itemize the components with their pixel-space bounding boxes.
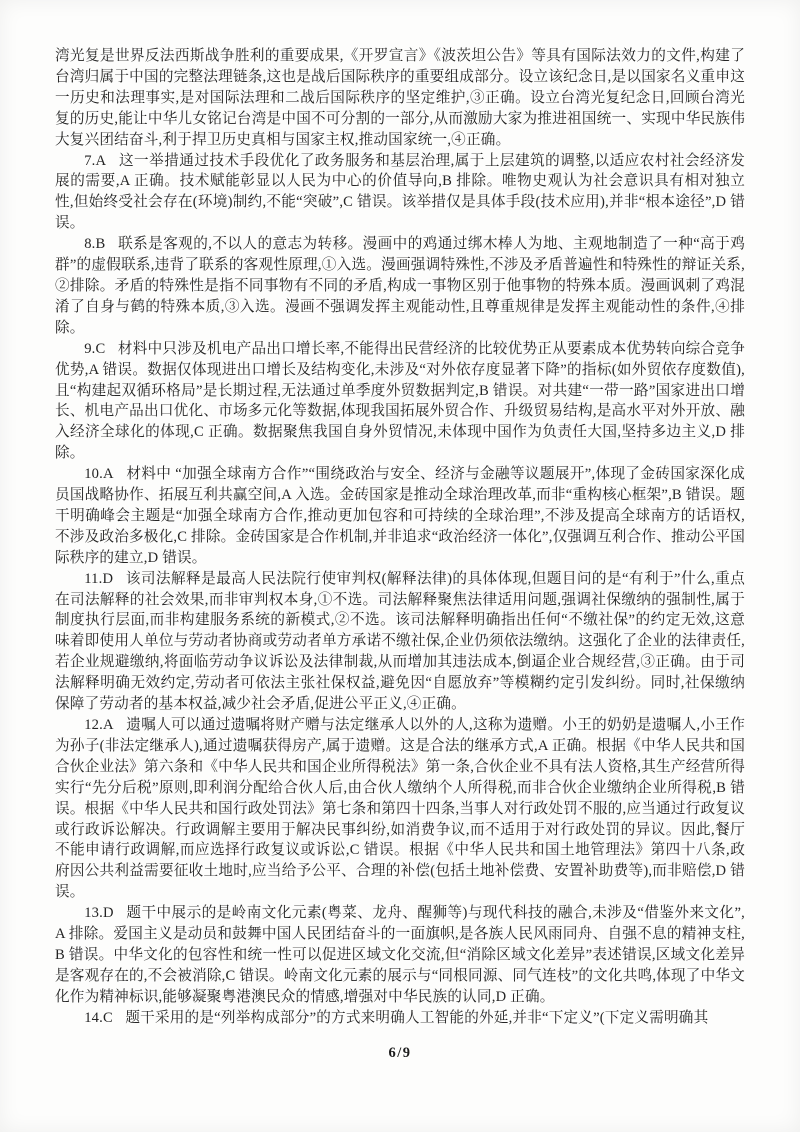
paragraph-q14: 14.C题干采用的是“列举构成部分”的方式来明确人工智能的外延,并非“下定义”(… [55, 1008, 745, 1029]
answer-label: 8.B [84, 236, 105, 252]
paragraph-q10: 10.A材料中 “加强全球南方合作”“围绕政治与安全、经济与金融等议题展开”,体… [55, 464, 745, 569]
paragraph-text: 材料中只涉及机电产品出口增长率,不能得出民营经济的比较优势正从要素成本优势转向综… [55, 341, 745, 462]
answer-label: 7.A [84, 153, 106, 169]
paragraph-q9: 9.C材料中只涉及机电产品出口增长率,不能得出民营经济的比较优势正从要素成本优势… [55, 339, 745, 464]
answer-label: 9.C [84, 341, 105, 357]
answer-label: 12.A [84, 717, 114, 733]
page-number: 6/9 [55, 1045, 745, 1062]
paragraph-q11: 11.D该司法解释是最高人民法院行使审判权(解释法律)的具体体现,但题目问的是“… [55, 569, 745, 715]
paragraph-continuation: 湾光复是世界反法西斯战争胜利的重要成果,《开罗宣言》《波茨坦公告》等具有国际法效… [55, 46, 745, 151]
paragraph-q12: 12.A遗嘱人可以通过遗嘱将财产赠与法定继承人以外的人,这称为遗赠。小王的奶奶是… [55, 715, 745, 903]
paragraph-text: 这一举措通过技术手段优化了政务服务和基层治理,属于上层建筑的调整,以适应农村社会… [55, 153, 745, 232]
paragraph-text: 遗嘱人可以通过遗嘱将财产赠与法定继承人以外的人,这称为遗赠。小王的奶奶是遗嘱人,… [55, 717, 745, 900]
paragraph-q7: 7.A这一举措通过技术手段优化了政务服务和基层治理,属于上层建筑的调整,以适应农… [55, 151, 745, 235]
paragraph-text: 该司法解释是最高人民法院行使审判权(解释法律)的具体体现,但题目问的是“有利于”… [55, 571, 745, 712]
paragraph-text: 湾光复是世界反法西斯战争胜利的重要成果,《开罗宣言》《波茨坦公告》等具有国际法效… [55, 48, 745, 148]
answer-label: 11.D [84, 571, 113, 587]
paragraph-text: 题干采用的是“列举构成部分”的方式来明确人工智能的外延,并非“下定义”(下定义需… [125, 1010, 708, 1026]
paragraph-q13: 13.D题干中展示的是岭南文化元素(粤菜、龙舟、醒狮等)与现代科技的融合,未涉及… [55, 903, 745, 1008]
paragraph-text: 题干中展示的是岭南文化元素(粤菜、龙舟、醒狮等)与现代科技的融合,未涉及“借鉴外… [55, 905, 745, 1005]
paragraph-text: 材料中 “加强全球南方合作”“围绕政治与安全、经济与金融等议题展开”,体现了金砖… [55, 466, 745, 566]
answer-label: 10.A [84, 466, 114, 482]
answer-label: 14.C [84, 1010, 113, 1026]
answer-label: 13.D [84, 905, 114, 921]
paragraph-q8: 8.B联系是客观的,不以人的意志为转移。漫画中的鸡通过绑木棒人为地、主观地制造了… [55, 234, 745, 339]
document-page: 湾光复是世界反法西斯战争胜利的重要成果,《开罗宣言》《波茨坦公告》等具有国际法效… [0, 0, 800, 1132]
paragraph-text: 联系是客观的,不以人的意志为转移。漫画中的鸡通过绑木棒人为地、主观地制造了一种“… [55, 236, 745, 336]
